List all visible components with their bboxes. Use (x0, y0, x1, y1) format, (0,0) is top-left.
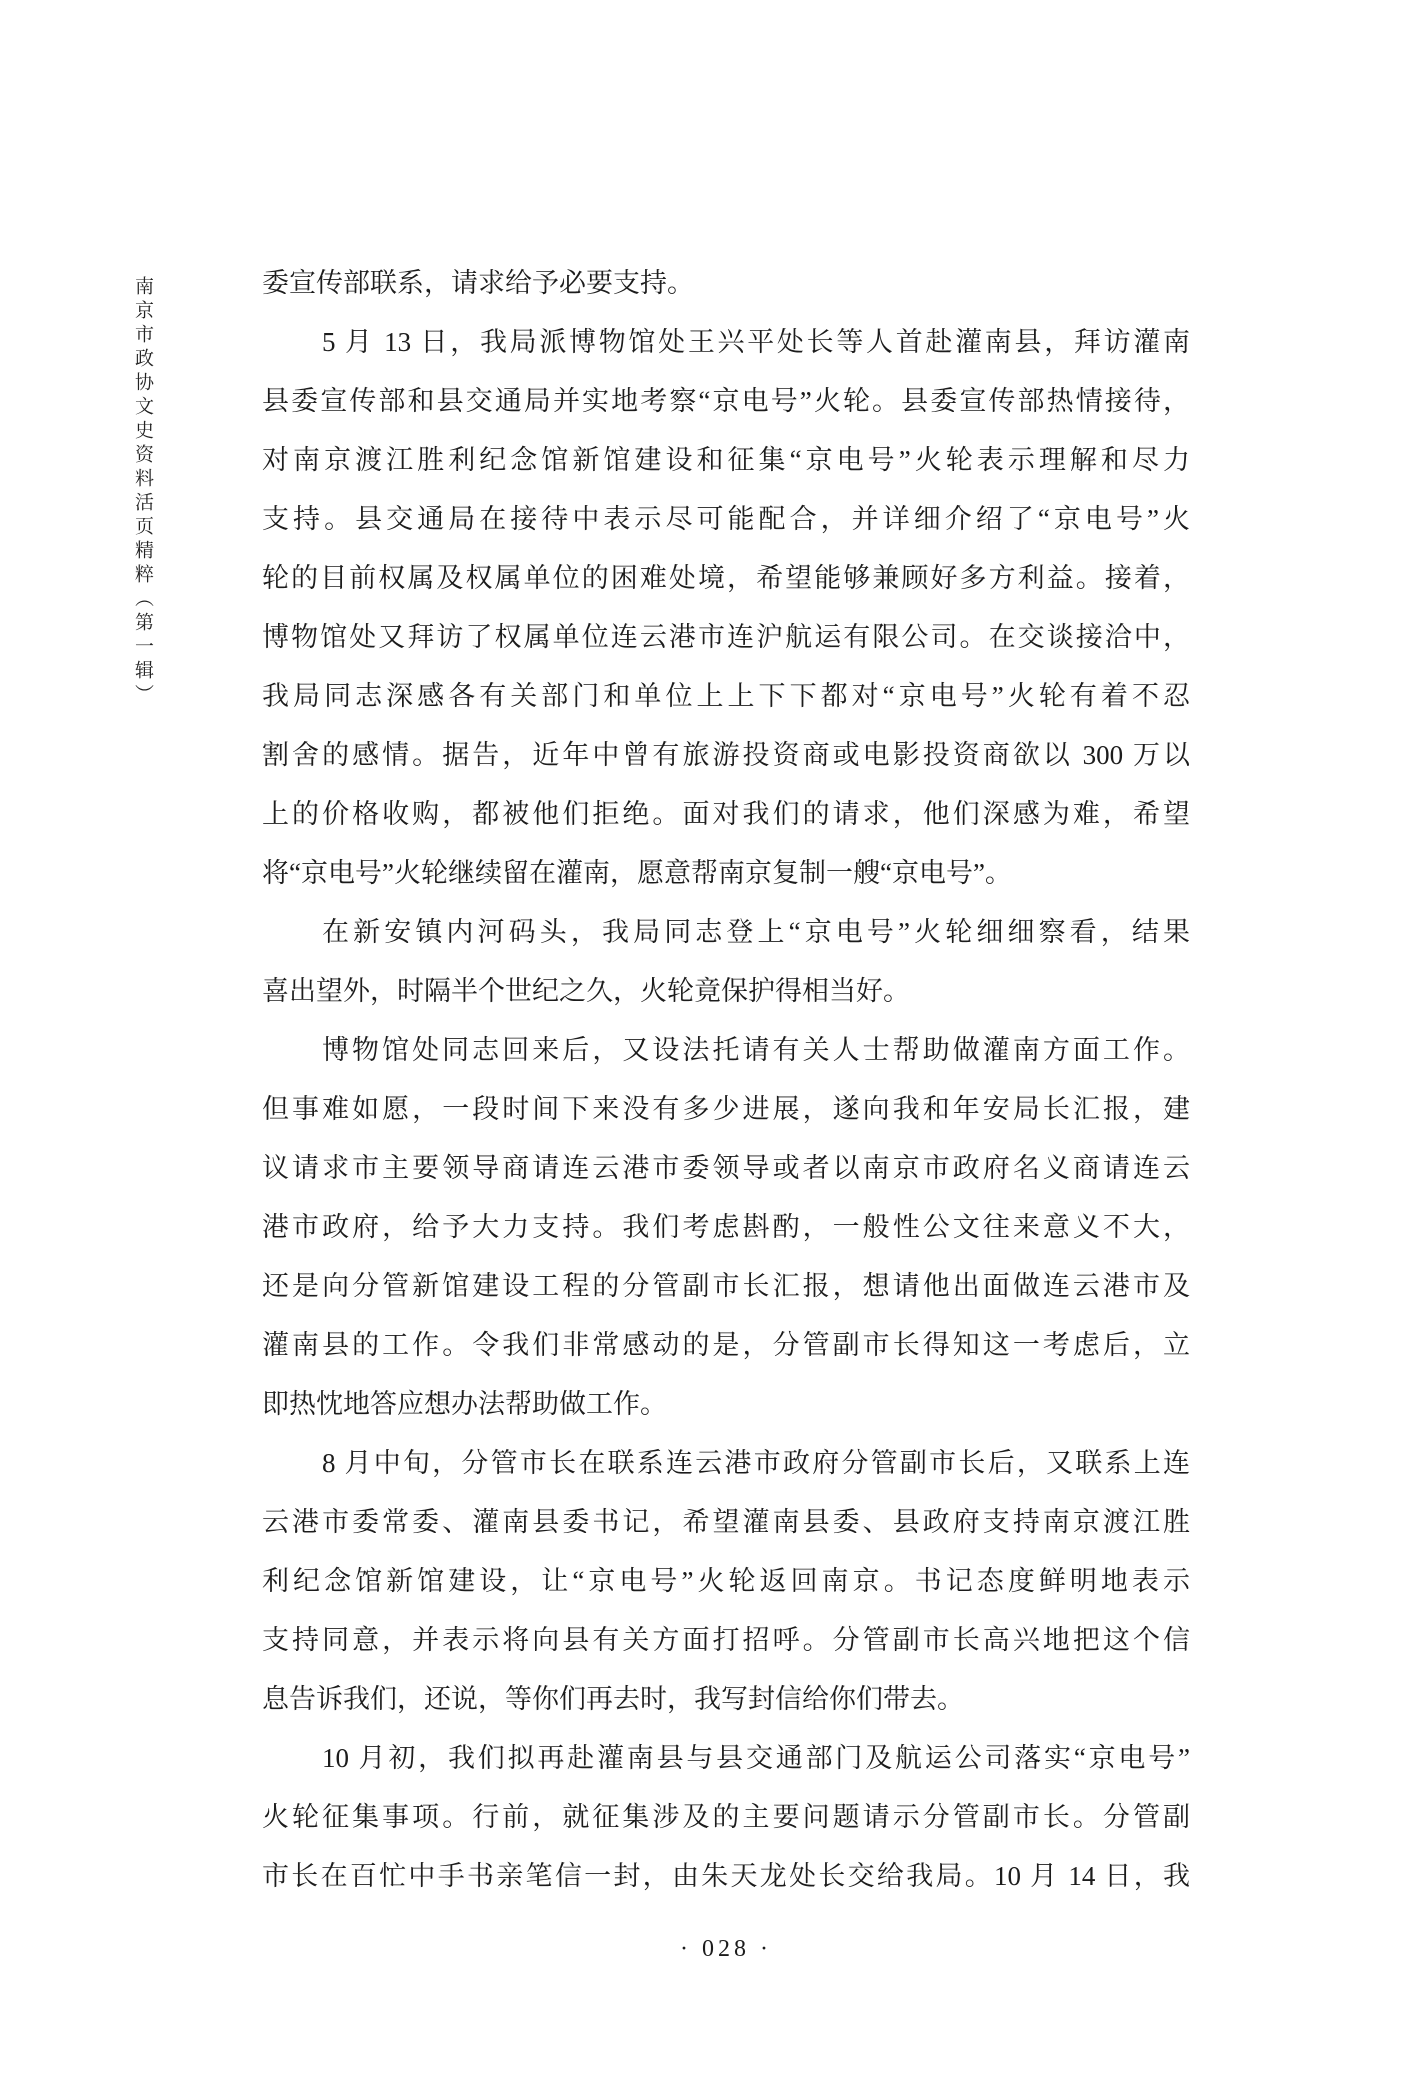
text-line: 将“京电号”火轮继续留在灌南，愿意帮南京复制一艘“京电号”。 (262, 844, 1190, 903)
page-number: · 028 · (262, 1936, 1190, 1963)
document-page: 南京市政协文史资料活页精粹（第一辑） 委宣传部联系，请求给予必要支持。5 月 1… (0, 0, 1426, 2095)
text-line: 8 月中旬，分管市长在联系连云港市政府分管副市长后，又联系上连 (262, 1434, 1190, 1493)
text-line: 博物馆处同志回来后，又设法托请有关人士帮助做灌南方面工作。 (262, 1021, 1190, 1080)
text-line: 还是向分管新馆建设工程的分管副市长汇报，想请他出面做连云港市及 (262, 1257, 1190, 1316)
text-line: 港市政府，给予大力支持。我们考虑斟酌，一般性公文往来意义不大， (262, 1198, 1190, 1257)
text-line: 我局同志深感各有关部门和单位上上下下都对“京电号”火轮有着不忍 (262, 667, 1190, 726)
text-line: 割舍的感情。据告，近年中曾有旅游投资商或电影投资商欲以 300 万以 (262, 726, 1190, 785)
text-line: 利纪念馆新馆建设，让“京电号”火轮返回南京。书记态度鲜明地表示 (262, 1552, 1190, 1611)
text-line: 县委宣传部和县交通局并实地考察“京电号”火轮。县委宣传部热情接待， (262, 372, 1190, 431)
text-line: 轮的目前权属及权属单位的困难处境，希望能够兼顾好多方利益。接着， (262, 549, 1190, 608)
text-line: 博物馆处又拜访了权属单位连云港市连沪航运有限公司。在交谈接洽中， (262, 608, 1190, 667)
body-text: 委宣传部联系，请求给予必要支持。5 月 13 日，我局派博物馆处王兴平处长等人首… (262, 254, 1190, 1906)
text-line: 但事难如愿，一段时间下来没有多少进展，遂向我和年安局长汇报，建 (262, 1080, 1190, 1139)
text-line: 在新安镇内河码头，我局同志登上“京电号”火轮细细察看，结果 (262, 903, 1190, 962)
text-line: 支持同意，并表示将向县有关方面打招呼。分管副市长高兴地把这个信 (262, 1611, 1190, 1670)
text-line: 息告诉我们，还说，等你们再去时，我写封信给你们带去。 (262, 1670, 1190, 1729)
text-line: 议请求市主要领导商请连云港市委领导或者以南京市政府名义商请连云 (262, 1139, 1190, 1198)
text-line: 委宣传部联系，请求给予必要支持。 (262, 254, 1190, 313)
text-line: 即热忱地答应想办法帮助做工作。 (262, 1375, 1190, 1434)
text-line: 5 月 13 日，我局派博物馆处王兴平处长等人首赴灌南县，拜访灌南 (262, 313, 1190, 372)
text-line: 喜出望外，时隔半个世纪之久，火轮竟保护得相当好。 (262, 962, 1190, 1021)
text-line: 火轮征集事项。行前，就征集涉及的主要问题请示分管副市长。分管副 (262, 1788, 1190, 1847)
text-line: 上的价格收购，都被他们拒绝。面对我们的请求，他们深感为难，希望 (262, 785, 1190, 844)
text-line: 市长在百忙中手书亲笔信一封，由朱天龙处长交给我局。10 月 14 日，我 (262, 1847, 1190, 1906)
text-line: 对南京渡江胜利纪念馆新馆建设和征集“京电号”火轮表示理解和尽力 (262, 431, 1190, 490)
text-line: 灌南县的工作。令我们非常感动的是，分管副市长得知这一考虑后，立 (262, 1316, 1190, 1375)
sidebar-book-title: 南京市政协文史资料活页精粹（第一辑） (129, 276, 156, 736)
text-line: 云港市委常委、灌南县委书记，希望灌南县委、县政府支持南京渡江胜 (262, 1493, 1190, 1552)
text-line: 支持。县交通局在接待中表示尽可能配合，并详细介绍了“京电号”火 (262, 490, 1190, 549)
text-line: 10 月初，我们拟再赴灌南县与县交通部门及航运公司落实“京电号” (262, 1729, 1190, 1788)
